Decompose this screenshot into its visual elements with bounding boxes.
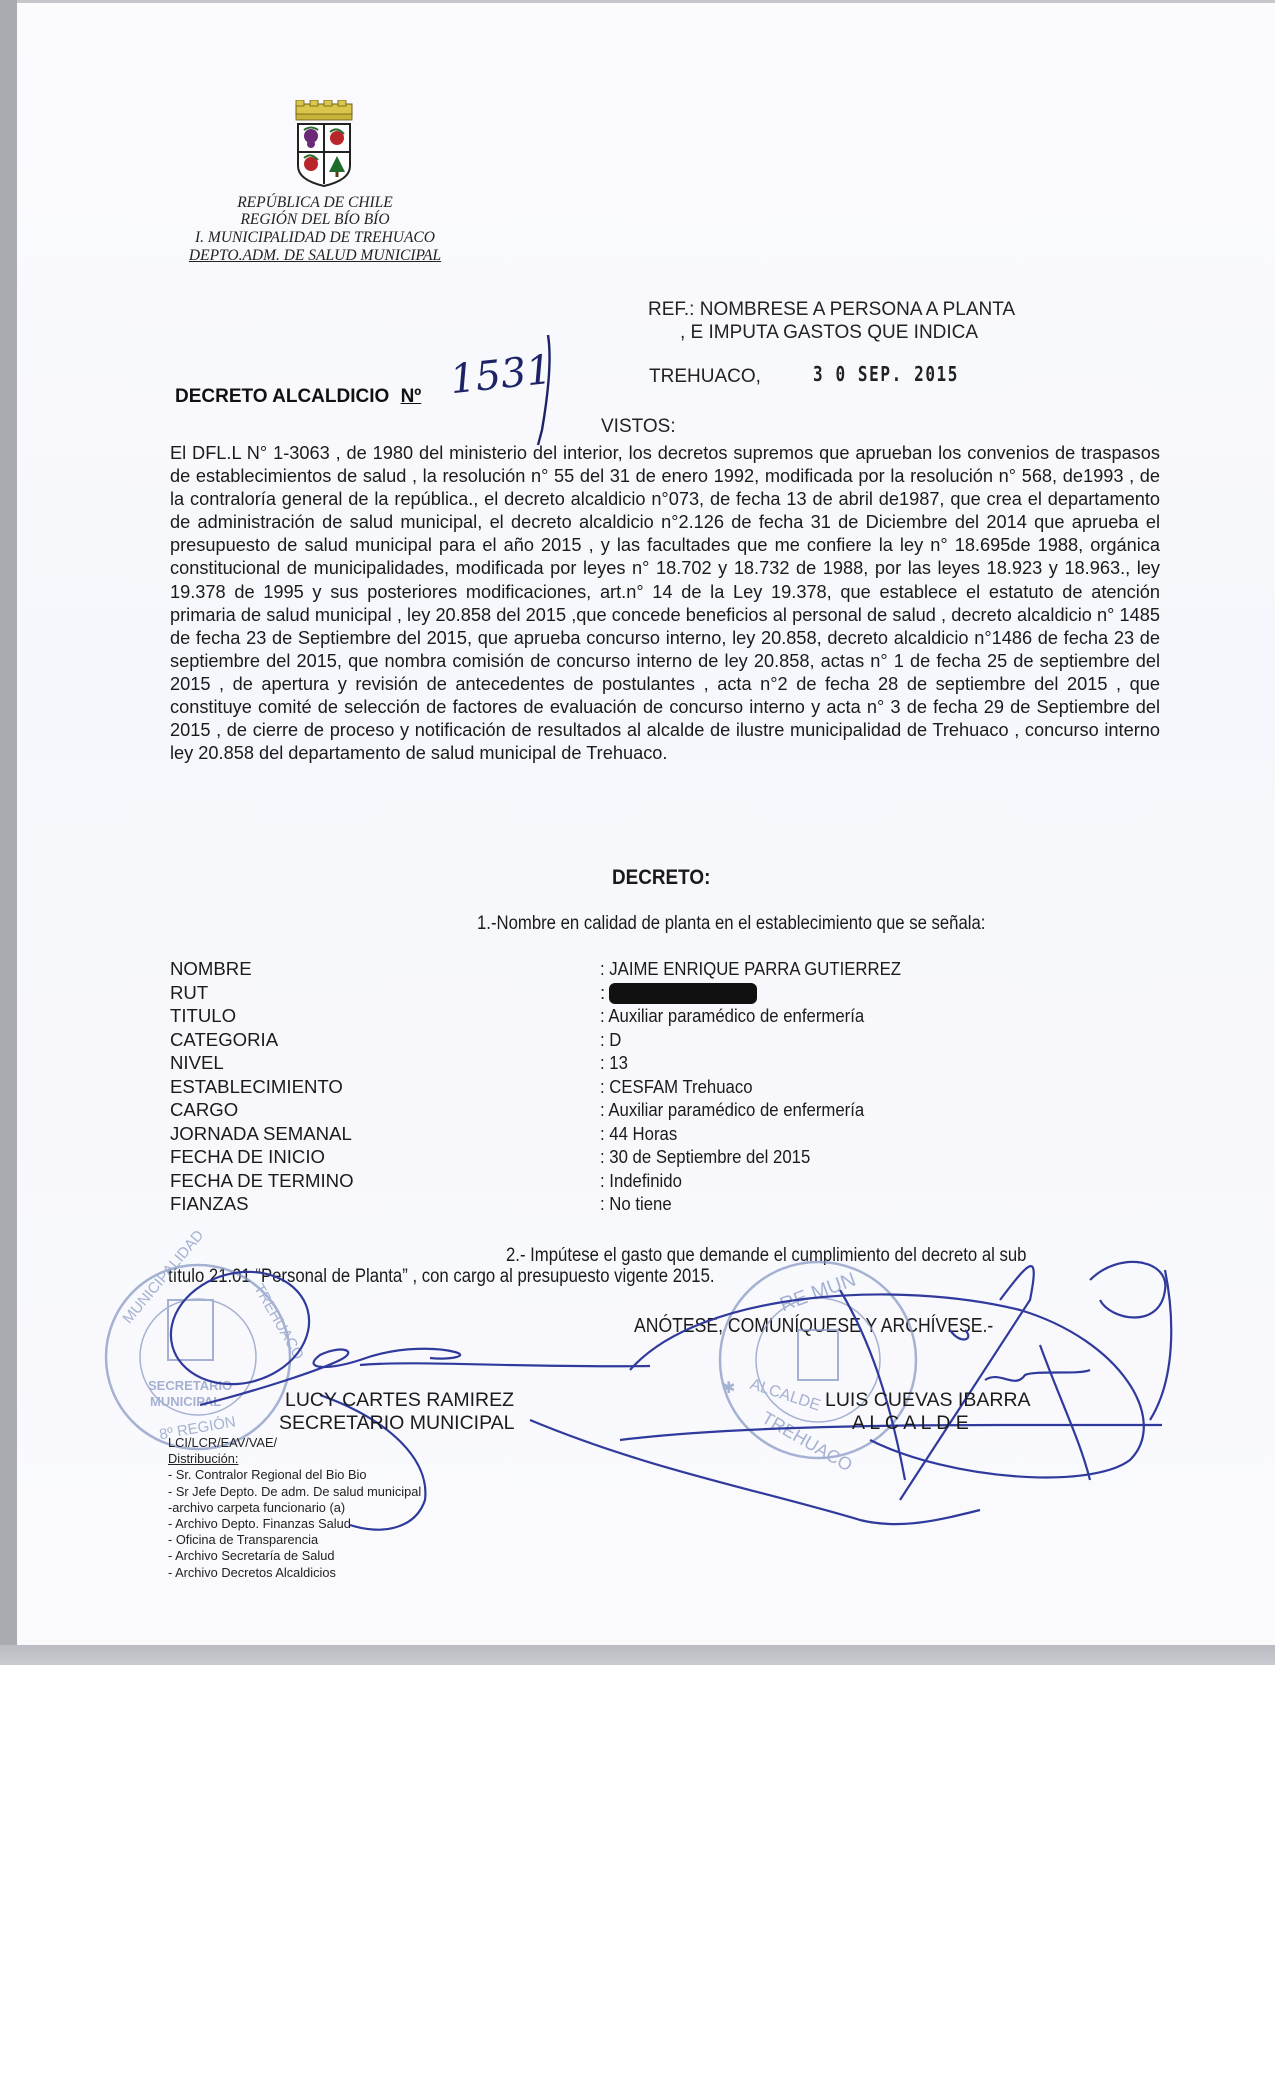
field-label: NOMBRE (170, 958, 252, 980)
distribution-item: - Archivo Secretaría de Salud (168, 1548, 421, 1564)
decreto-heading: DECRETO: (612, 866, 710, 890)
field-value: : Auxiliar paramédico de enfermería (600, 1099, 864, 1121)
decreto-item-1: 1.-Nombre en calidad de planta en el est… (477, 913, 985, 935)
field-label: ESTABLECIMIENTO (170, 1076, 343, 1098)
mayor-name: LUIS CUEVAS IBARRA (825, 1389, 1031, 1412)
field-label: FECHA DE TERMINO (170, 1170, 354, 1192)
letterhead-municipality: I. MUNICIPALIDAD DE TREHUACO (165, 229, 465, 247)
field-value: : Indefinido (600, 1170, 682, 1192)
distribution-item: - Sr Jefe Depto. De adm. De salud munici… (168, 1484, 421, 1500)
secretary-role: SECRETARIO MUNICIPAL (279, 1412, 514, 1435)
field-label: FIANZAS (170, 1193, 249, 1215)
decreto-item-2-line-1: 2.- Impútese el gasto que demande el cum… (506, 1245, 1026, 1267)
closing-formula: ANÓTESE, COMUNÍQUESE Y ARCHÍVESE.- (634, 1315, 993, 1338)
field-value: : CESFAM Trehuaco (600, 1076, 753, 1098)
date-stamp: 3 0 SEP. 2015 (813, 362, 959, 386)
vistos-body: El DFL.L N° 1-3063 , de 1980 del ministe… (170, 442, 1160, 765)
reference-line-1: REF.: NOMBRESE A PERSONA A PLANTA (648, 299, 1015, 321)
distribution-item: - Archivo Depto. Finanzas Salud (168, 1516, 421, 1532)
field-value: : 13 (600, 1052, 628, 1074)
decree-title: DECRETO ALCALDICIO Nº (175, 386, 421, 408)
distribution-item: - Oficina de Transparencia (168, 1532, 421, 1548)
distribution-block: LCI/LCR/EAV/VAE/ Distribución: - Sr. Con… (168, 1435, 421, 1581)
distribution-item: -archivo carpeta funcionario (a) (168, 1500, 421, 1516)
redaction-bar (609, 983, 757, 1004)
field-value-rut: : (600, 982, 757, 1005)
field-value: : 44 Horas (600, 1123, 677, 1145)
reference-line-2: , E IMPUTA GASTOS QUE INDICA (680, 322, 978, 344)
letterhead-country: REPÚBLICA DE CHILE (165, 194, 465, 212)
secretary-name: LUCY CARTES RAMIREZ (285, 1389, 514, 1412)
place-label: TREHUACO, (649, 366, 761, 388)
vistos-paragraph: El DFL.L N° 1-3063 , de 1980 del ministe… (170, 442, 1160, 765)
field-label: JORNADA SEMANAL (170, 1123, 352, 1145)
municipal-coat-of-arms-icon (290, 100, 358, 188)
distribution-item: - Sr. Contralor Regional del Bio Bio (168, 1467, 421, 1483)
field-label: CATEGORIA (170, 1029, 278, 1051)
field-label: FECHA DE INICIO (170, 1146, 325, 1168)
letterhead-department: DEPTO.ADM. DE SALUD MUNICIPAL (165, 247, 465, 265)
field-label: RUT (170, 982, 208, 1004)
distribution-item: - Archivo Decretos Alcaldicios (168, 1565, 421, 1581)
field-label: CARGO (170, 1099, 238, 1121)
field-value: : Auxiliar paramédico de enfermería (600, 1005, 864, 1027)
vistos-heading: VISTOS: (601, 416, 676, 438)
decreto-item-2-line-2: título 21.01 “Personal de Planta” , con … (168, 1266, 715, 1288)
decree-number-label: Nº (401, 386, 422, 407)
distribution-heading: Distribución: (168, 1451, 421, 1467)
field-value: : 30 de Septiembre del 2015 (600, 1146, 810, 1168)
letterhead-region: REGIÓN DEL BÍO BÍO (165, 211, 465, 229)
initials: LCI/LCR/EAV/VAE/ (168, 1435, 421, 1451)
field-label: NIVEL (170, 1052, 224, 1074)
field-value: : No tiene (600, 1193, 672, 1215)
decree-title-text: DECRETO ALCALDICIO (175, 386, 389, 407)
scan-edge-left (0, 0, 17, 1665)
field-label: TITULO (170, 1005, 236, 1027)
mayor-role: A L C A L D E (852, 1412, 969, 1435)
field-value: : D (600, 1029, 621, 1051)
scan-edge-bottom (0, 1645, 1275, 1665)
field-value: : JAIME ENRIQUE PARRA GUTIERREZ (600, 958, 901, 980)
field-value-colon: : (600, 982, 605, 1003)
